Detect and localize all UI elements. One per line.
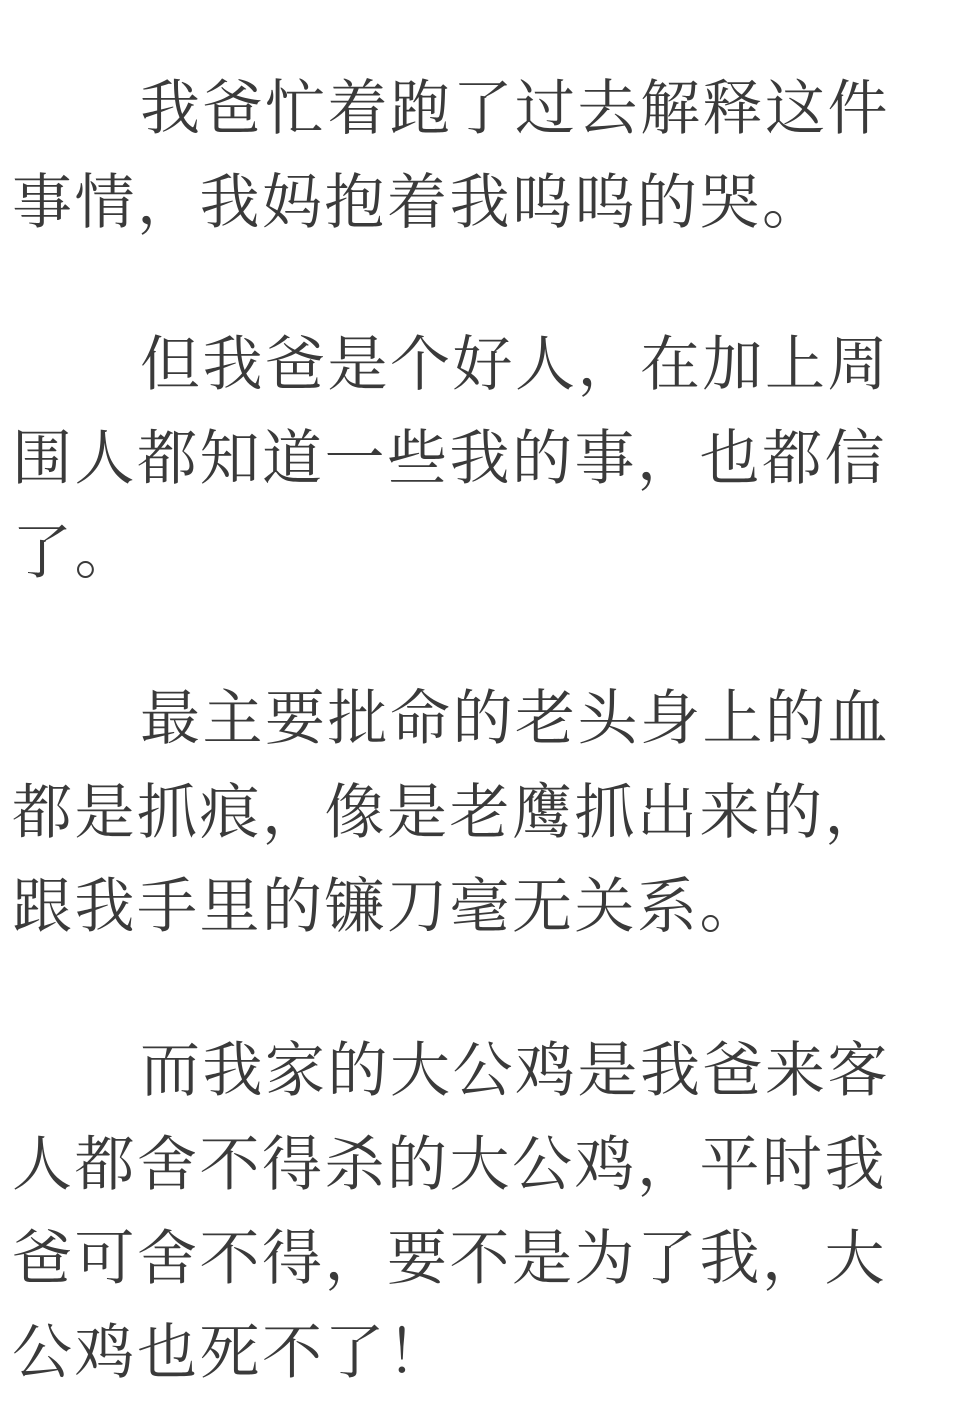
text-line: 了。	[12, 506, 912, 600]
paragraph-4: 而我家的大公鸡是我爸来客 人都舍不得杀的大公鸡，平时我 爸可舍不得，要不是为了我…	[12, 1024, 912, 1400]
document-page: 我爸忙着跑了过去解释这件 事情，我妈抱着我呜呜的哭。 但我爸是个好人，在加上周 …	[0, 0, 960, 1416]
paragraph-3: 最主要批命的老头身上的血 都是抓痕，像是老鹰抓出来的， 跟我手里的镰刀毫无关系。	[12, 672, 912, 954]
text-line: 都是抓痕，像是老鹰抓出来的，	[12, 766, 912, 860]
text-line: 人都舍不得杀的大公鸡，平时我	[12, 1118, 912, 1212]
text-line: 爸可舍不得，要不是为了我，大	[12, 1212, 912, 1306]
text-line: 跟我手里的镰刀毫无关系。	[12, 860, 912, 954]
text-line: 围人都知道一些我的事，也都信	[12, 412, 912, 506]
text-line: 公鸡也死不了！	[12, 1306, 912, 1400]
text-line: 而我家的大公鸡是我爸来客	[12, 1024, 912, 1118]
text-line: 我爸忙着跑了过去解释这件	[12, 62, 912, 156]
text-line: 最主要批命的老头身上的血	[12, 672, 912, 766]
paragraph-1: 我爸忙着跑了过去解释这件 事情，我妈抱着我呜呜的哭。	[12, 62, 912, 250]
paragraph-2: 但我爸是个好人，在加上周 围人都知道一些我的事，也都信 了。	[12, 318, 912, 600]
text-line: 事情，我妈抱着我呜呜的哭。	[12, 156, 912, 250]
text-line: 但我爸是个好人，在加上周	[12, 318, 912, 412]
